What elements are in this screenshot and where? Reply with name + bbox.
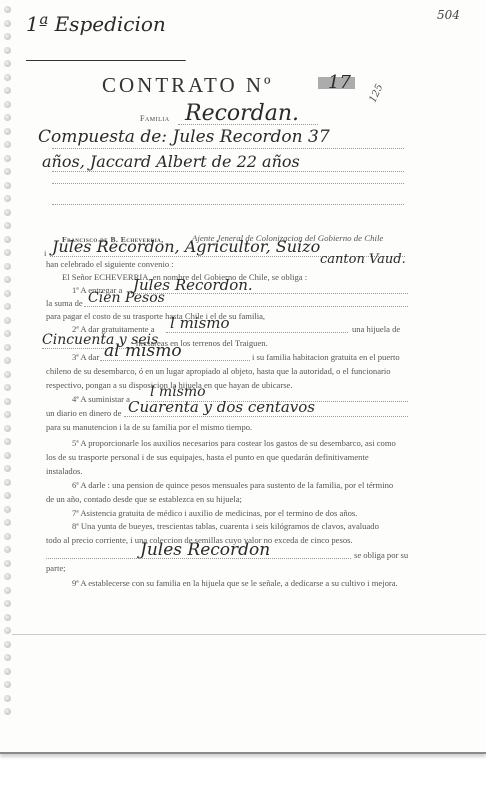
page-number: 504 [437, 8, 460, 22]
binding-hole [4, 384, 11, 391]
margin-number: 125 [368, 83, 386, 105]
binding-hole [4, 276, 11, 283]
binding-hole [4, 452, 11, 459]
binding-hole [4, 209, 11, 216]
binding-hole [4, 560, 11, 567]
composition-rule-2 [52, 171, 404, 172]
composition-rule-1 [52, 148, 404, 149]
binding-hole [4, 344, 11, 351]
binding-holes [4, 6, 12, 722]
clause-3-mid: i su familia habitacion gratuita en el p… [252, 352, 400, 362]
binding-hole [4, 438, 11, 445]
clause-3-prefix: 3ª A dar [72, 352, 99, 362]
clause-5-line-3: instalados. [46, 466, 83, 476]
binding-hole [4, 290, 11, 297]
binding-hole [4, 6, 11, 13]
clause-7-line-1: 7ª Asistencia gratuita de médico i auxil… [72, 508, 357, 518]
binding-hole [4, 519, 11, 526]
composition-rule-3 [52, 183, 404, 184]
clause-2-recipient: l mismo [170, 314, 230, 332]
clause-3-line-2: chileno de su desembarco, ó en un lugar … [46, 366, 391, 376]
binding-hole [4, 168, 11, 175]
agreement-intro: han celebrado el siguiente convenio : [46, 259, 174, 269]
binding-hole [4, 533, 11, 540]
clause-4-prefix: 4ª A suministar a [72, 394, 130, 404]
clause-1-sum-line [84, 306, 408, 307]
clause-5-line-1: 5ª A proporcionarle los auxilios necesar… [72, 438, 396, 448]
binding-hole [4, 87, 11, 94]
clause-4-diario-prefix: un diario en dinero de [46, 408, 121, 418]
party-name-hand: Jules Recordon, Agricultor, Suizo [52, 237, 320, 256]
binding-hole [4, 222, 11, 229]
binding-hole [4, 398, 11, 405]
clause-3-recipient: al mismo [104, 341, 182, 361]
binding-hole [4, 47, 11, 54]
clause-8-line-1: 8ª Una yunta de bueyes, trescientas tabl… [72, 521, 379, 531]
binding-hole [4, 155, 11, 162]
binding-hole [4, 506, 11, 513]
binding-hole [4, 303, 11, 310]
composition-rule-4 [52, 204, 404, 205]
binding-hole [4, 330, 11, 337]
binding-hole [4, 465, 11, 472]
family-name: Recordan. [185, 101, 299, 126]
binding-hole [4, 20, 11, 27]
clause-1-sum-prefix: la suma de [46, 298, 83, 308]
binding-hole [4, 708, 11, 715]
binding-hole [4, 60, 11, 67]
binding-hole [4, 74, 11, 81]
clause-4-amount-line [124, 416, 408, 417]
binding-hole [4, 627, 11, 634]
family-line [178, 124, 318, 125]
document-page: 504 1ª Espedicion CONTRATO Nº 17 125 Fam… [0, 0, 486, 754]
clause-2-mid: una hijuela de [352, 324, 400, 334]
clause-6-line-2: de un año, contado desde que se establez… [46, 494, 242, 504]
binding-hole [4, 573, 11, 580]
contract-number: 17 [328, 72, 351, 93]
party-prefix: i [44, 248, 46, 258]
binding-hole [4, 263, 11, 270]
binding-hole [4, 195, 11, 202]
signer-line-2: parte; [46, 563, 66, 573]
binding-hole [4, 411, 11, 418]
signer-hand: Jules Recordon [140, 540, 270, 560]
clause-4-amount: Cuarenta y dos centavos [128, 398, 315, 416]
clause-1-line [128, 293, 408, 294]
binding-hole [4, 371, 11, 378]
family-label: Familia [140, 114, 170, 123]
party-canton-hand: canton Vaud. [320, 252, 406, 267]
binding-hole [4, 668, 11, 675]
binding-hole [4, 681, 11, 688]
expedition-note: 1ª Espedicion [26, 12, 166, 36]
binding-hole [4, 141, 11, 148]
clause-1-sum: Cien Pesos [88, 290, 165, 306]
composition-line-1: Compuesta de: Jules Recordon 37 [38, 127, 330, 147]
binding-hole [4, 614, 11, 621]
binding-hole [4, 695, 11, 702]
clause-2-line [166, 332, 348, 333]
binding-hole [4, 425, 11, 432]
binding-hole [4, 654, 11, 661]
clause-6-line-1: 6ª A darle : una pension de quince pesos… [72, 480, 393, 490]
clause-5-line-2: los de su trasporte personal i de sus eq… [46, 452, 369, 462]
clause-3-line [100, 360, 250, 361]
binding-hole [4, 479, 11, 486]
binding-hole [4, 546, 11, 553]
binding-hole [4, 641, 11, 648]
binding-hole [4, 236, 11, 243]
binding-hole [4, 317, 11, 324]
page-title: CONTRATO Nº [102, 73, 274, 98]
expedition-underline [26, 60, 186, 61]
fold-line [12, 634, 486, 635]
binding-hole [4, 101, 11, 108]
clause-1-suffix: para pagar el costo de su trasporte hast… [46, 311, 265, 321]
signer-line [46, 558, 351, 559]
binding-hole [4, 182, 11, 189]
binding-hole [4, 587, 11, 594]
clause-9-line-1: 9ª A establecerse con su familia en la h… [72, 578, 398, 588]
binding-hole [4, 357, 11, 364]
signer-suffix: se obliga por su [354, 550, 408, 560]
binding-hole [4, 600, 11, 607]
binding-hole [4, 249, 11, 256]
binding-hole [4, 33, 11, 40]
binding-hole [4, 128, 11, 135]
clause-4-suffix: para su manutencion i la de su familia p… [46, 422, 252, 432]
composition-line-2: años, Jaccard Albert de 22 años [42, 152, 300, 171]
binding-hole [4, 114, 11, 121]
binding-hole [4, 492, 11, 499]
